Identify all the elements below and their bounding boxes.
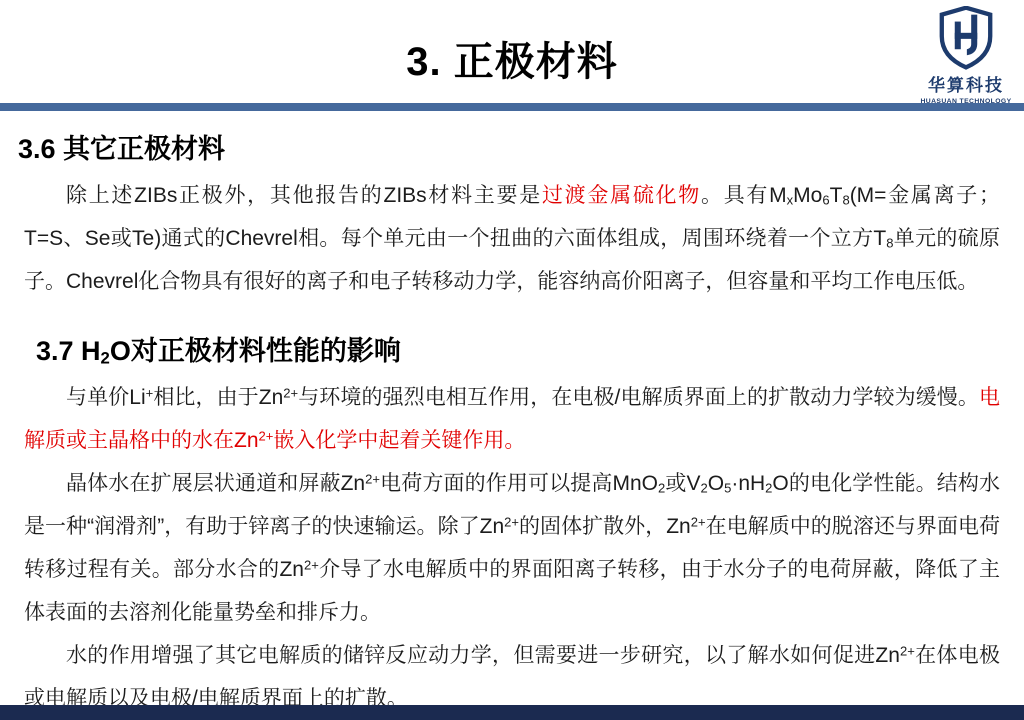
- text-segment: 2: [101, 348, 110, 367]
- text-segment: 嵌入化学中起着关键作用。: [273, 429, 525, 452]
- header: 3. 正极材料 华算科技 HUASUAN TECHNOLOGY: [0, 0, 1024, 103]
- text-segment: ·nH: [731, 472, 765, 495]
- paragraph-diffusion: 与单价Li+相比，由于Zn2+与环境的强烈电相互作用，在电极/电解质界面上的扩散…: [24, 376, 1000, 462]
- company-logo: 华算科技 HUASUAN TECHNOLOGY: [916, 6, 1016, 105]
- text-segment: Mo: [793, 184, 822, 207]
- section-heading-3-6: 3.6 其它正极材料: [18, 127, 1000, 166]
- header-divider-bar: [0, 103, 1024, 111]
- shield-logo-icon: [937, 6, 995, 70]
- text-segment: 2: [700, 481, 707, 496]
- slide: 3. 正极材料 华算科技 HUASUAN TECHNOLOGY 3.6 其它正极…: [0, 0, 1024, 720]
- page-title: 3. 正极材料: [0, 0, 1024, 87]
- text-segment: 过渡金属硫化物: [542, 184, 701, 207]
- text-segment: 或V: [665, 472, 700, 495]
- text-segment: 2+: [504, 515, 519, 530]
- text-segment: 2+: [304, 558, 319, 573]
- text-segment: 2+: [365, 472, 380, 487]
- paragraph-crystal-water: 晶体水在扩展层状通道和屏蔽Zn2+电荷方面的作用可以提高MnO2或V2O5·nH…: [24, 462, 1000, 634]
- text-segment: 与环境的强烈电相互作用，在电极/电解质界面上的扩散动力学较为缓慢。: [298, 386, 979, 409]
- text-segment: 的固体扩散外，Zn: [519, 515, 691, 538]
- text-segment: 晶体水在扩展层状通道和屏蔽Zn: [66, 472, 365, 495]
- text-segment: 2+: [259, 429, 274, 444]
- text-segment: O对正极材料性能的影响: [110, 336, 401, 366]
- text-segment: 除上述ZIBs正极外，其他报告的ZIBs材料主要是: [66, 184, 542, 207]
- text-segment: T: [830, 184, 843, 207]
- bottom-bar: [0, 705, 1024, 720]
- text-segment: 2+: [691, 515, 706, 530]
- text-segment: 8: [842, 193, 849, 208]
- text-segment: 3.7 H: [36, 336, 101, 366]
- text-segment: 电荷方面的作用可以提高MnO: [380, 472, 658, 495]
- text-segment: 3.6 其它正极材料: [18, 134, 225, 164]
- paragraph-chevrel: 除上述ZIBs正极外，其他报告的ZIBs材料主要是过渡金属硫化物。具有MxMo6…: [24, 174, 1000, 303]
- text-segment: O: [708, 472, 724, 495]
- text-segment: 水的作用增强了其它电解质的储锌反应动力学，但需要进一步研究，以了解水如何促进Zn: [66, 644, 900, 667]
- text-segment: 2+: [283, 386, 298, 401]
- slide-content: 3.6 其它正极材料 除上述ZIBs正极外，其他报告的ZIBs材料主要是过渡金属…: [0, 111, 1024, 720]
- section-heading-3-7: 3.7 H2O对正极材料性能的影响: [36, 329, 1000, 368]
- text-segment: 相比，由于Zn: [153, 386, 283, 409]
- text-segment: 与单价Li: [66, 386, 146, 409]
- logo-name-cn: 华算科技: [916, 71, 1016, 96]
- text-segment: 6: [822, 193, 829, 208]
- text-segment: 2+: [900, 644, 915, 659]
- logo-name-en: HUASUAN TECHNOLOGY: [916, 98, 1016, 105]
- text-segment: 。具有M: [701, 184, 787, 207]
